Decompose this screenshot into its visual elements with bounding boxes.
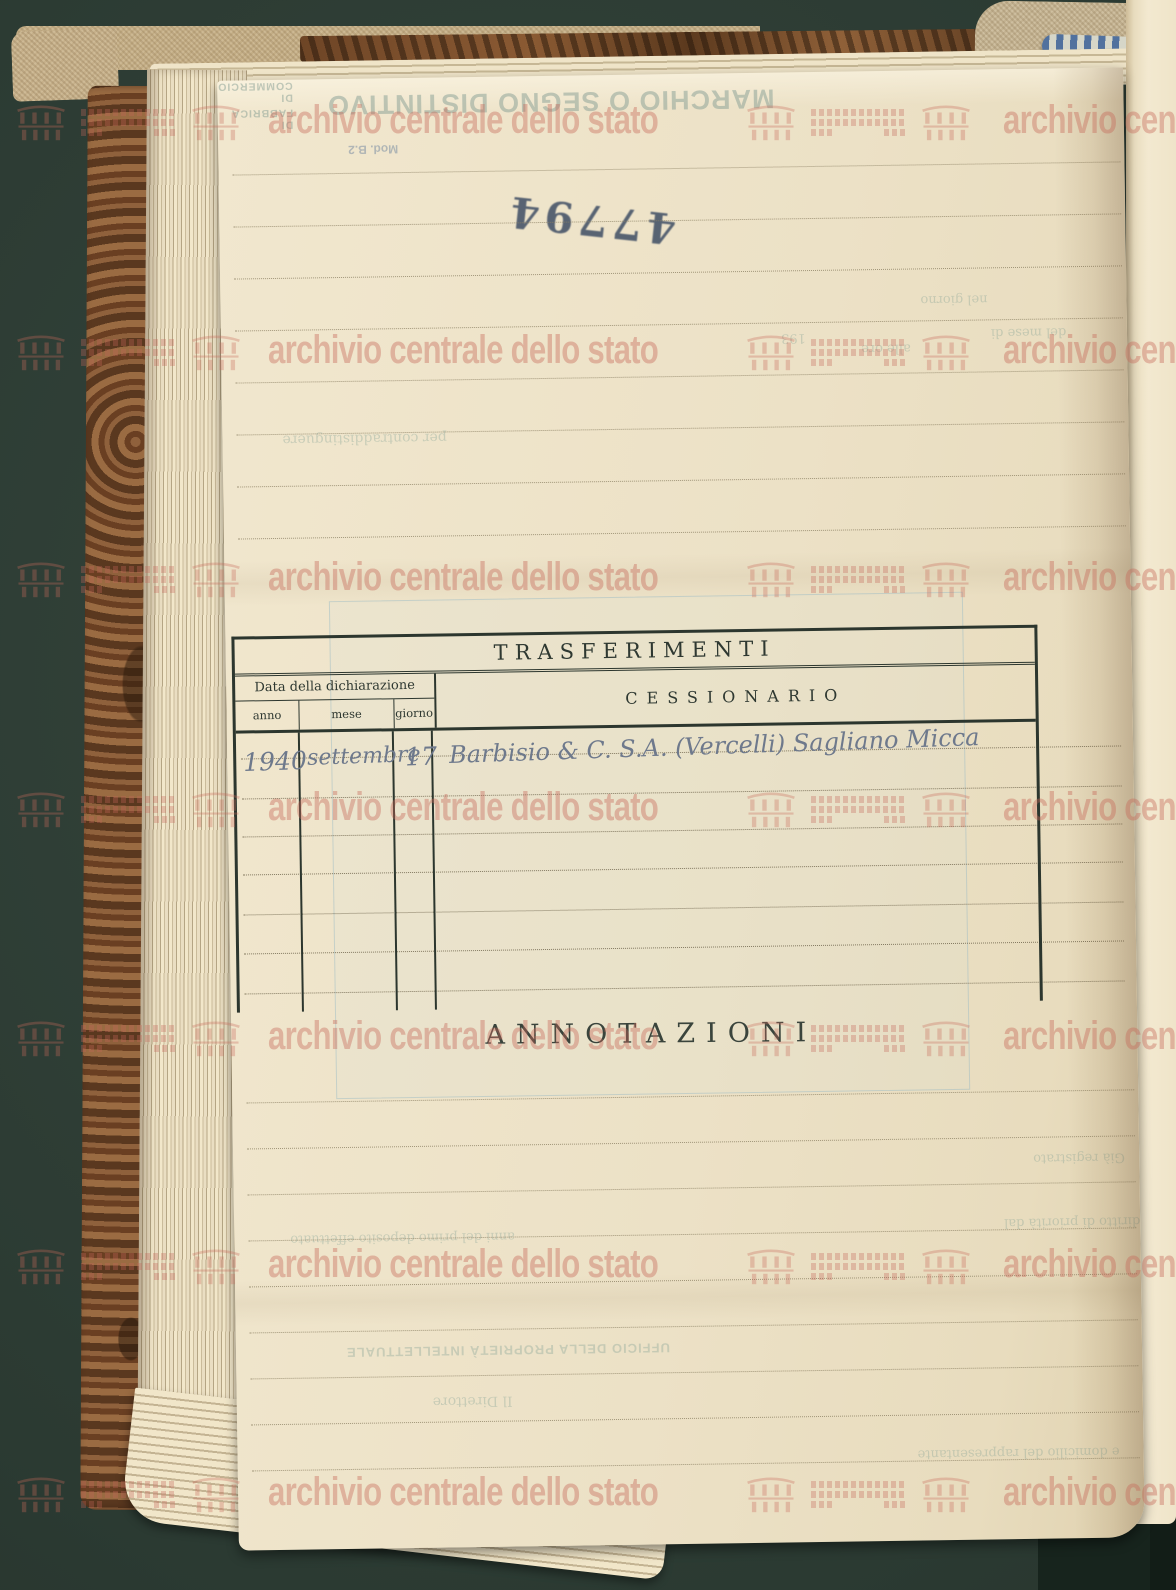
ruled-line [252,1457,1140,1471]
date-subcolumns: anno mese giorno [235,699,434,731]
annotations-title: ANNOTAZIONI [351,1016,951,1052]
colonnade-icon [15,100,67,144]
colonnade-icon [15,330,67,374]
bleedthrough-fragment: Il Direttore [433,1393,513,1410]
date-group-label: Data della dichiarazione [235,674,434,702]
ruled-line [237,473,1125,487]
bleedthrough-fragment: alle ore [861,341,911,357]
column-header-anno: anno [235,701,299,731]
column-header-mese: mese [299,699,394,729]
entry-giorno: 17 [405,741,438,771]
ruled-line [251,1411,1139,1425]
bleedthrough-fragment: per contraddistinguere [282,429,447,447]
ruled-line [238,525,1126,539]
column-header-giorno: giorno [394,699,433,729]
bleedthrough-title: MARCHIO O SEGNO DISTINTIVO [327,83,775,121]
colonnade-icon [15,787,67,831]
bleedthrough-fragment: del mese di [991,324,1067,340]
ruled-line [247,1135,1135,1149]
colonnade-icon [15,1244,67,1288]
register-page: MARCHIO O SEGNO DISTINTIVO DI FABBRICA D… [217,67,1145,1550]
colonnade-icon [15,557,67,601]
colonnade-icon [15,1472,67,1516]
entry-anno: 1940 [243,746,308,777]
bleedthrough-subtitle: DI FABBRICA DI COMMERCIO [217,80,293,132]
bleedthrough-fragment: 193 [781,330,806,345]
ruled-line [234,265,1122,279]
ruled-line [235,317,1123,331]
bleedthrough-fragment: nel giorno [920,291,987,307]
column-header-cessionario: CESSIONARIO [436,665,1036,728]
ruled-line [236,369,1124,383]
scanned-register-page: { "watermark": { "text": "archivio centr… [0,0,1176,1590]
bleedthrough-fragment: Mod. B.2 [348,142,398,157]
ruled-line [233,161,1121,175]
ruled-line [250,1365,1138,1379]
bleedthrough-fragment: Già registrato [1033,1149,1125,1165]
date-column-group: Data della dichiarazione anno mese giorn… [235,674,437,731]
bleedthrough-fragment: UFFICIO DELLA PROPRIETÀ INTELLETTUALE [346,1340,670,1360]
colonnade-icon [15,1016,67,1060]
trasferimenti-table: TRASFERIMENTI Data della dichiarazione a… [231,625,1042,1013]
bleedthrough-header: MARCHIO O SEGNO DISTINTIVO DI FABBRICA D… [217,73,763,133]
ruled-line [248,1181,1136,1195]
bleedthrough-fragment: Con diritto di priorità dal [1004,1213,1145,1230]
